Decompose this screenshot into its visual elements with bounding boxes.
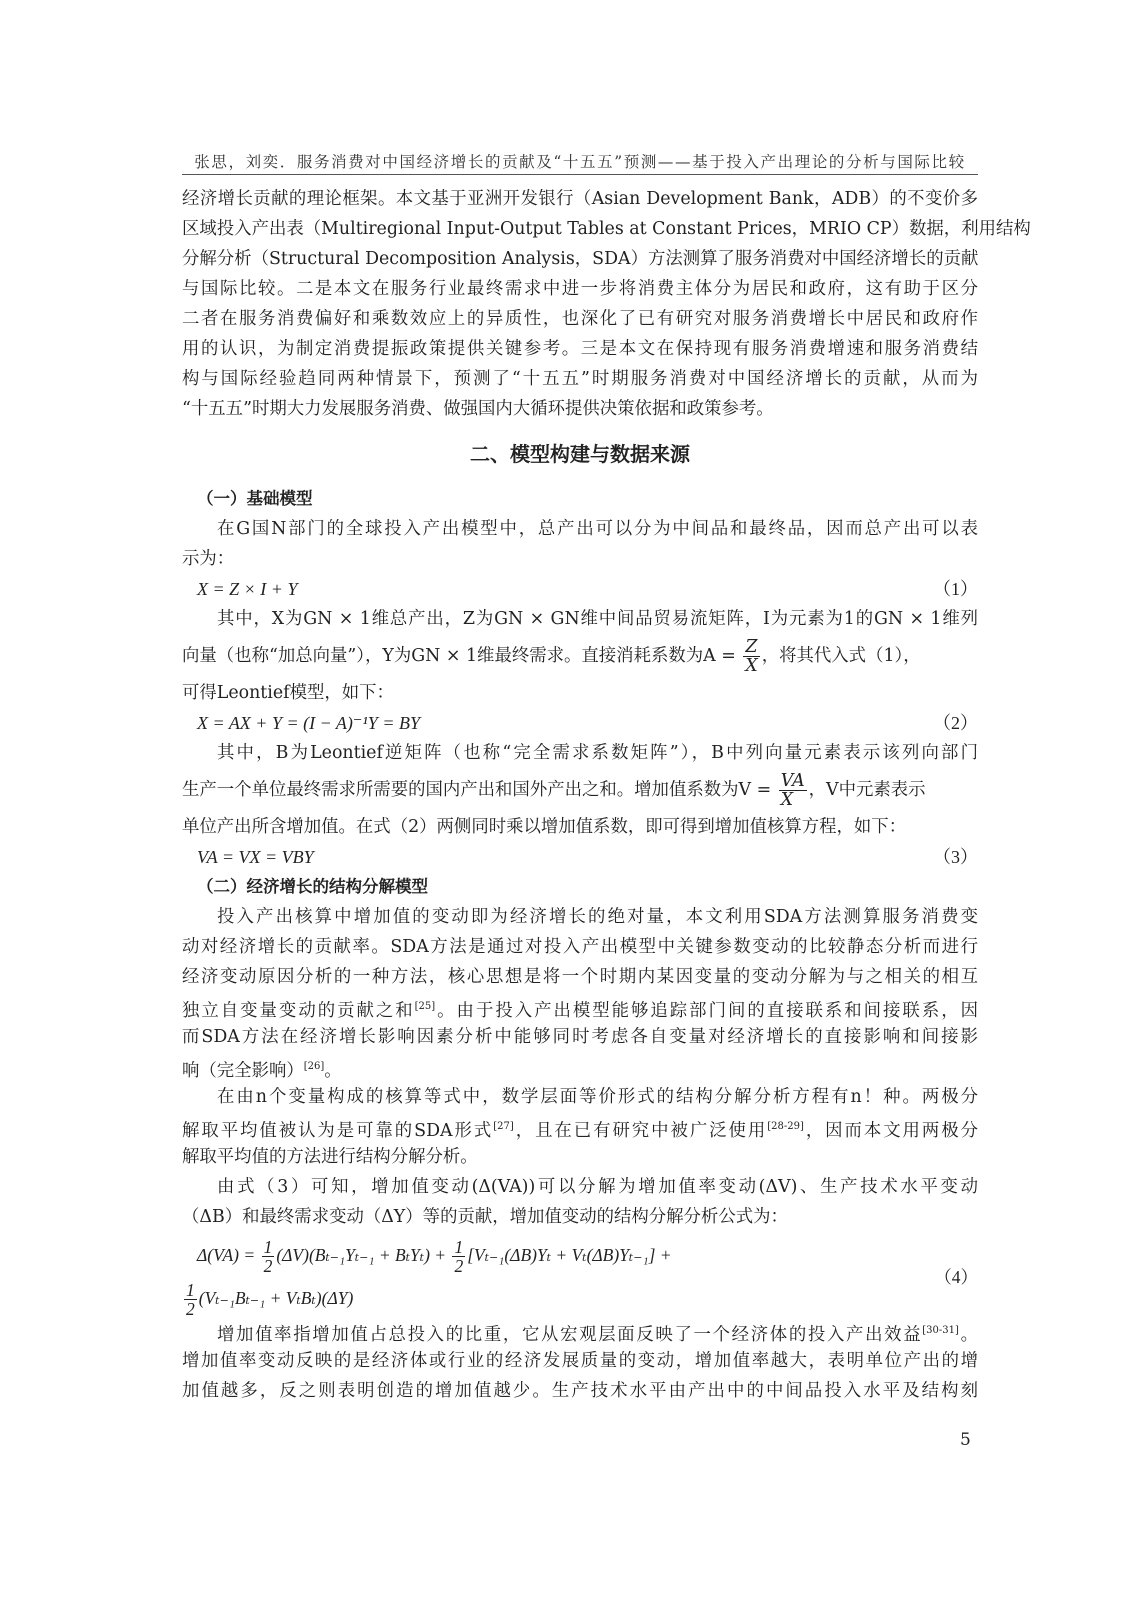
denominator: X <box>743 657 759 675</box>
paragraph: 在由n个变量构成的核算等式中，数学层面等价形式的结构分解分析方程有n！种。两极分… <box>182 1082 978 1172</box>
text-line: 动对经济增长的贡献率。SDA方法是通过对投入产出模型中关键参数变动的比较静态分析… <box>182 932 978 962</box>
text-line: 与国际比较。二是本文在服务行业最终需求中进一步将消费主体分为居民和政府，这有助于… <box>182 274 978 304</box>
text-span: 增加值率指增加值占总投入的比重，它从宏观层面反映了一个经济体的投入产出效益 <box>217 1325 922 1345</box>
text-line: 增加值率变动反映的是经济体或行业的经济发展质量的变动，增加值率越大，表明单位产出… <box>182 1346 978 1376</box>
text-span: 。 <box>324 1061 341 1081</box>
text-span: 生产一个单位最终需求所需要的国内产出和国外产出之和。增加值系数为V = <box>182 780 777 800</box>
text-line: （ΔB）和最终需求变动（ΔY）等的贡献，增加值变动的结构分解分析公式为： <box>182 1202 978 1232</box>
citation[interactable]: [27] <box>493 1121 514 1132</box>
text-span: ，将其代入式（1）， <box>762 646 921 666</box>
text-line: 经济变动原因分析的一种方法，核心思想是将一个时期内某因变量的变动分解为与之相关的… <box>182 962 978 992</box>
text-span: 响（完全影响） <box>182 1061 304 1081</box>
citation[interactable]: [30-31] <box>922 1325 959 1336</box>
text-line: 示为： <box>182 544 978 574</box>
text-line: 投入产出核算中增加值的变动即为经济增长的绝对量，本文利用SDA方法测算服务消费变 <box>182 902 978 932</box>
numerator: Z <box>743 638 759 657</box>
paragraph: 在G国N部门的全球投入产出模型中，总产出可以分为中间品和最终品，因而总产出可以表… <box>182 514 978 574</box>
citation[interactable]: [28-29] <box>767 1121 804 1132</box>
text-line: 单位产出所含增加值。在式（2）两侧同时乘以增加值系数，即可得到增加值核算方程，如… <box>182 812 978 842</box>
page-body: 经济增长贡献的理论框架。本文基于亚洲开发银行（Asian Development… <box>182 184 978 1406</box>
text-line: 二者在服务消费偏好和乘数效应上的异质性，也深化了已有研究对服务消费增长中居民和政… <box>182 304 978 334</box>
denominator: X <box>779 791 807 809</box>
equation-2: X = AX + Y = (I − A)⁻¹Y = BY （2） <box>182 708 978 738</box>
text-line: 在G国N部门的全球投入产出模型中，总产出可以分为中间品和最终品，因而总产出可以表 <box>182 514 978 544</box>
text-span: 独立自变量变动的贡献之和 <box>182 1001 415 1021</box>
denominator: 2 <box>262 1257 275 1275</box>
text-span: 解取平均值被认为是可靠的SDA形式 <box>182 1121 493 1141</box>
fraction: ZX <box>743 638 759 675</box>
equation-row-2: 12(Vₜ₋₁Bₜ₋₁ + VₜBₜ)(ΔY) <box>182 1278 353 1318</box>
citation[interactable]: [25] <box>415 1001 436 1012</box>
text-span: ，且在已有研究中被广泛使用 <box>514 1121 767 1141</box>
paragraph: 增加值率指增加值占总投入的比重，它从宏观层面反映了一个经济体的投入产出效益[30… <box>182 1316 978 1406</box>
equation-body: X = AX + Y = (I − A)⁻¹Y = BY <box>197 713 420 733</box>
numerator: 1 <box>184 1281 197 1300</box>
paragraph: 其中，B为Leontief逆矩阵（也称“完全需求系数矩阵”），B中列向量元素表示… <box>182 738 978 842</box>
text-line: 独立自变量变动的贡献之和[25]。由于投入产出模型能够追踪部门间的直接联系和间接… <box>182 992 978 1022</box>
equation-number: （1） <box>933 574 978 604</box>
running-head: 张思，刘奕．服务消费对中国经济增长的贡献及“十五五”预测——基于投入产出理论的分… <box>182 150 978 172</box>
text-line: 其中，B为Leontief逆矩阵（也称“完全需求系数矩阵”），B中列向量元素表示… <box>182 738 978 768</box>
text-line: 解取平均值被认为是可靠的SDA形式[27]，且在已有研究中被广泛使用[28-29… <box>182 1112 978 1142</box>
equation-term: (ΔV)(Bₜ₋₁Yₜ₋₁ + BₜYₜ) + <box>276 1245 450 1265</box>
text-line: 由式（3）可知，增加值变动(Δ(VA))可以分解为增加值率变动(ΔV)、生产技术… <box>182 1172 978 1202</box>
paragraph: 由式（3）可知，增加值变动(Δ(VA))可以分解为增加值率变动(ΔV)、生产技术… <box>182 1172 978 1232</box>
citation[interactable]: [26] <box>304 1061 325 1072</box>
text-span: ，因而本文用两极分 <box>804 1121 978 1141</box>
paper-page: 张思，刘奕．服务消费对中国经济增长的贡献及“十五五”预测——基于投入产出理论的分… <box>0 0 1140 1600</box>
equation-lhs: Δ(VA) = <box>197 1245 260 1265</box>
paragraph: 其中，X为GN × 1维总产出，Z为GN × GN维中间品贸易流矩阵，I为元素为… <box>182 604 978 708</box>
text-span: 。 <box>959 1325 978 1345</box>
text-line-with-fraction: 向量（也称“加总向量”），Y为GN × 1维最终需求。直接消耗系数为A = ZX… <box>182 634 978 678</box>
denominator: 2 <box>452 1257 465 1275</box>
section-title: 二、模型构建与数据来源 <box>182 438 978 470</box>
equation-term: [Vₜ₋₁(ΔB)Yₜ + Vₜ(ΔB)Yₜ₋₁] + <box>467 1245 671 1265</box>
denominator: 2 <box>184 1300 197 1318</box>
equation-4: Δ(VA) = 12(ΔV)(Bₜ₋₁Yₜ₋₁ + BₜYₜ) + 12[Vₜ₋… <box>182 1232 978 1316</box>
fraction-half: 12 <box>452 1238 465 1275</box>
text-span: 。由于投入产出模型能够追踪部门间的直接联系和间接联系，因 <box>435 1001 978 1021</box>
text-line: 可得Leontief模型，如下： <box>182 678 978 708</box>
fraction-half: 12 <box>184 1281 197 1318</box>
equation-body: X = Z × I + Y <box>197 579 297 599</box>
equation-3: VA = VX = VBY （3） <box>182 842 978 872</box>
intro-paragraph: 经济增长贡献的理论框架。本文基于亚洲开发银行（Asian Development… <box>182 184 978 424</box>
equation-row-1: Δ(VA) = 12(ΔV)(Bₜ₋₁Yₜ₋₁ + BₜYₜ) + 12[Vₜ₋… <box>197 1232 672 1278</box>
equation-number: （4） <box>934 1262 978 1292</box>
text-line: 经济增长贡献的理论框架。本文基于亚洲开发银行（Asian Development… <box>182 184 978 214</box>
text-line: 构与国际经验趋同两种情景下，预测了“十五五”时期服务消费对中国经济增长的贡献，从… <box>182 364 978 394</box>
text-line: 区域投入产出表（Multiregional Input-Output Table… <box>182 214 978 244</box>
text-line: 加值越多，反之则表明创造的增加值越少。生产技术水平由产出中的中间品投入水平及结构… <box>182 1376 978 1406</box>
text-line: “十五五”时期大力发展服务消费、做强国内大循环提供决策依据和政策参考。 <box>182 394 978 424</box>
text-line-with-fraction: 生产一个单位最终需求所需要的国内产出和国外产出之和。增加值系数为V = VAX，… <box>182 768 978 812</box>
equation-1: X = Z × I + Y （1） <box>182 574 978 604</box>
fraction: VAX <box>779 772 807 809</box>
text-span: ，V中元素表示 <box>809 780 926 800</box>
equation-number: （2） <box>933 708 978 738</box>
text-line: 增加值率指增加值占总投入的比重，它从宏观层面反映了一个经济体的投入产出效益[30… <box>182 1316 978 1346</box>
equation-number: （3） <box>933 842 978 872</box>
subsection-title-sda-model: （二）经济增长的结构分解模型 <box>182 872 978 902</box>
text-line: 其中，X为GN × 1维总产出，Z为GN × GN维中间品贸易流矩阵，I为元素为… <box>182 604 978 634</box>
text-span: 向量（也称“加总向量”），Y为GN × 1维最终需求。直接消耗系数为A = <box>182 646 741 666</box>
subsection-title-basic-model: （一）基础模型 <box>182 484 978 514</box>
equation-term: (Vₜ₋₁Bₜ₋₁ + VₜBₜ)(ΔY) <box>199 1288 354 1308</box>
header-rule <box>182 174 978 175</box>
text-line: 而SDA方法在经济增长影响因素分析中能够同时考虑各自变量对经济增长的直接影响和间… <box>182 1022 978 1052</box>
fraction-half: 12 <box>262 1238 275 1275</box>
paragraph: 投入产出核算中增加值的变动即为经济增长的绝对量，本文利用SDA方法测算服务消费变… <box>182 902 978 1082</box>
text-line: 解取平均值的方法进行结构分解分析。 <box>182 1142 978 1172</box>
page-number: 5 <box>960 1430 971 1450</box>
numerator: VA <box>779 772 807 791</box>
text-line: 响（完全影响）[26]。 <box>182 1052 978 1082</box>
text-line: 在由n个变量构成的核算等式中，数学层面等价形式的结构分解分析方程有n！种。两极分 <box>182 1082 978 1112</box>
numerator: 1 <box>452 1238 465 1257</box>
text-line: 分解分析（Structural Decomposition Analysis，S… <box>182 244 978 274</box>
equation-body: VA = VX = VBY <box>197 847 314 867</box>
text-line: 用的认识，为制定消费提振政策提供关键参考。三是本文在保持现有服务消费增速和服务消… <box>182 334 978 364</box>
numerator: 1 <box>262 1238 275 1257</box>
